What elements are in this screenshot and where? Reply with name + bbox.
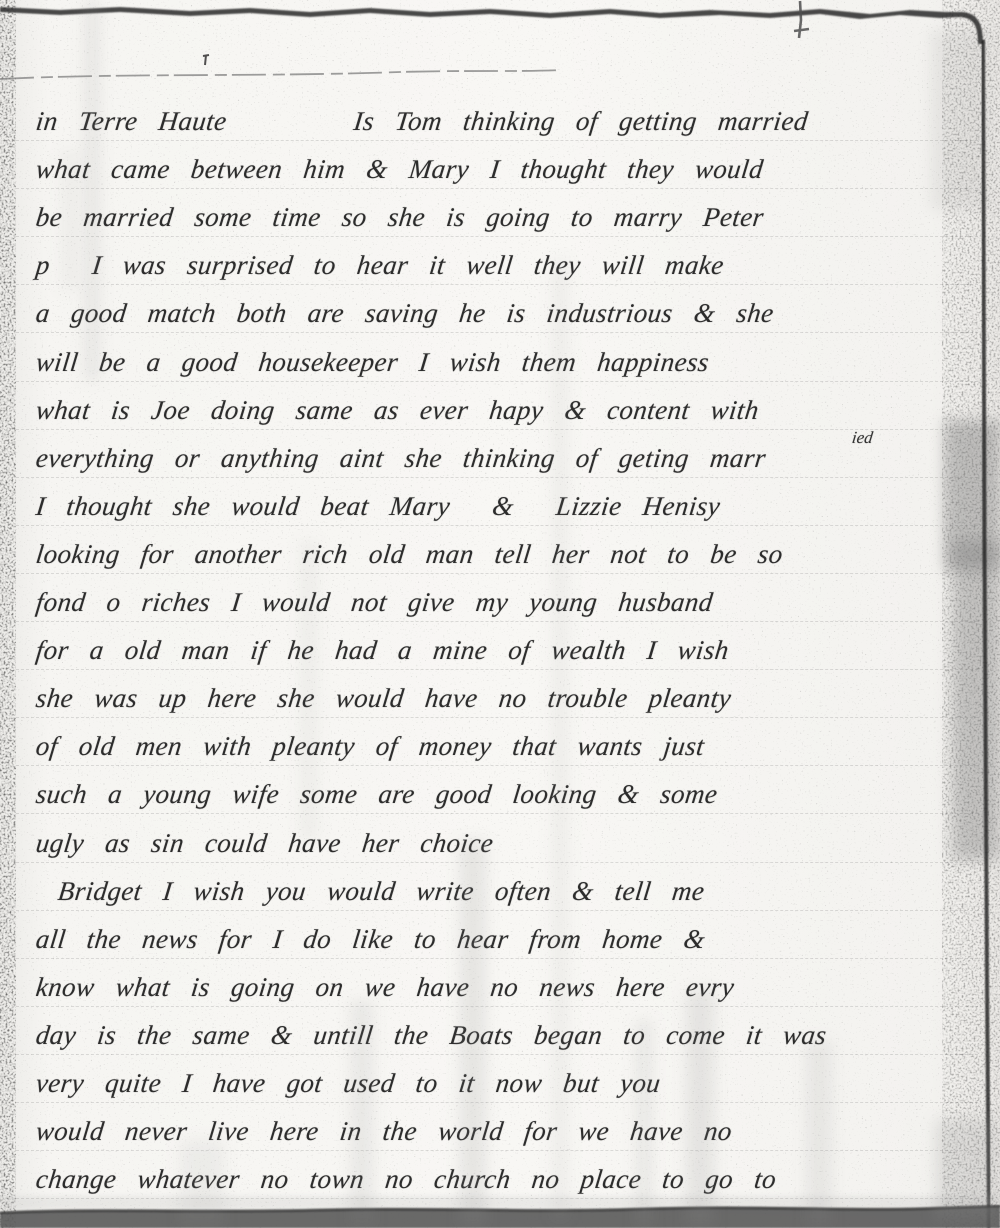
letter-line-2: what came between him & Mary I thought t… — [34, 152, 765, 186]
letter-line-15: such a young wife some are good looking … — [34, 777, 720, 811]
letter-line-22: would never live here in the world for w… — [34, 1114, 734, 1148]
letter-line-11: fond o riches I would not give my young … — [34, 585, 715, 619]
letter-line-13: she was up here she would have no troubl… — [34, 681, 733, 715]
letter-line-5: a good match both are saving he is indus… — [34, 296, 776, 330]
paper-rule-line — [16, 910, 978, 911]
letter-line-6: will be a good housekeeper I wish them h… — [34, 345, 711, 379]
paper-rule-line — [16, 813, 978, 814]
letter-line-9: I thought she would beat Mary & Lizzie H… — [34, 489, 722, 523]
paper-rule-line — [16, 1102, 978, 1103]
paper-rule-line — [16, 477, 978, 478]
paper-rule-line — [16, 284, 978, 285]
letter-line-7: what is Joe doing same as ever hapy & co… — [34, 393, 761, 427]
paper-rule-line — [16, 1198, 978, 1199]
paper-rule-line — [16, 381, 978, 382]
letter-line-14: of old men with pleanty of money that wa… — [34, 729, 706, 763]
paper-rule-line — [16, 862, 978, 863]
letter-line-10: looking for another rich old man tell he… — [34, 537, 785, 571]
letter-line-19: know what is going on we have no news he… — [34, 970, 736, 1004]
paper-rule-line — [16, 573, 978, 574]
letter-line-1: in Terre Haute Is Tom thinking of gettin… — [34, 104, 810, 138]
paper-rule-line — [16, 717, 978, 718]
letter-line-8: everything or anything aint she thinking… — [34, 441, 768, 475]
paper-rule-line — [16, 765, 978, 766]
superscript-insertion: ied — [851, 428, 874, 448]
letter-line-16: ugly as sin could have her choice — [34, 826, 496, 860]
paper-rule-line — [16, 332, 978, 333]
letter-line-12: for a old man if he had a mine of wealth… — [34, 633, 731, 667]
paper-rule-line — [16, 188, 978, 189]
paper-rule-line — [16, 236, 978, 237]
letter-line-21: very quite I have got used to it now but… — [34, 1066, 663, 1100]
paper-rule-line — [16, 525, 978, 526]
paper-rule-line — [16, 1006, 978, 1007]
paper-rule-line — [16, 669, 978, 670]
paper-rule-line — [16, 140, 978, 141]
letter-line-23: change whatever no town no church no pla… — [34, 1162, 778, 1196]
paper-rule-line — [16, 958, 978, 959]
letter-page: in Terre Haute Is Tom thinking of gettin… — [0, 0, 1000, 1228]
paper-rule-line — [16, 1150, 978, 1151]
letter-line-18: all the news for I do like to hear from … — [34, 922, 707, 956]
paper-rule-line — [16, 1054, 978, 1055]
letter-line-20: day is the same & untill the Boats began… — [34, 1018, 829, 1052]
paper-rule-line — [16, 621, 978, 622]
letter-line-4: p I was surprised to hear it well they w… — [34, 248, 726, 282]
paper-rule-line — [16, 429, 978, 430]
letter-line-17: Bridget I wish you would write often & t… — [56, 874, 707, 908]
letter-body: in Terre Haute Is Tom thinking of gettin… — [0, 0, 1000, 1228]
letter-line-3: be married some time so she is going to … — [34, 200, 766, 234]
